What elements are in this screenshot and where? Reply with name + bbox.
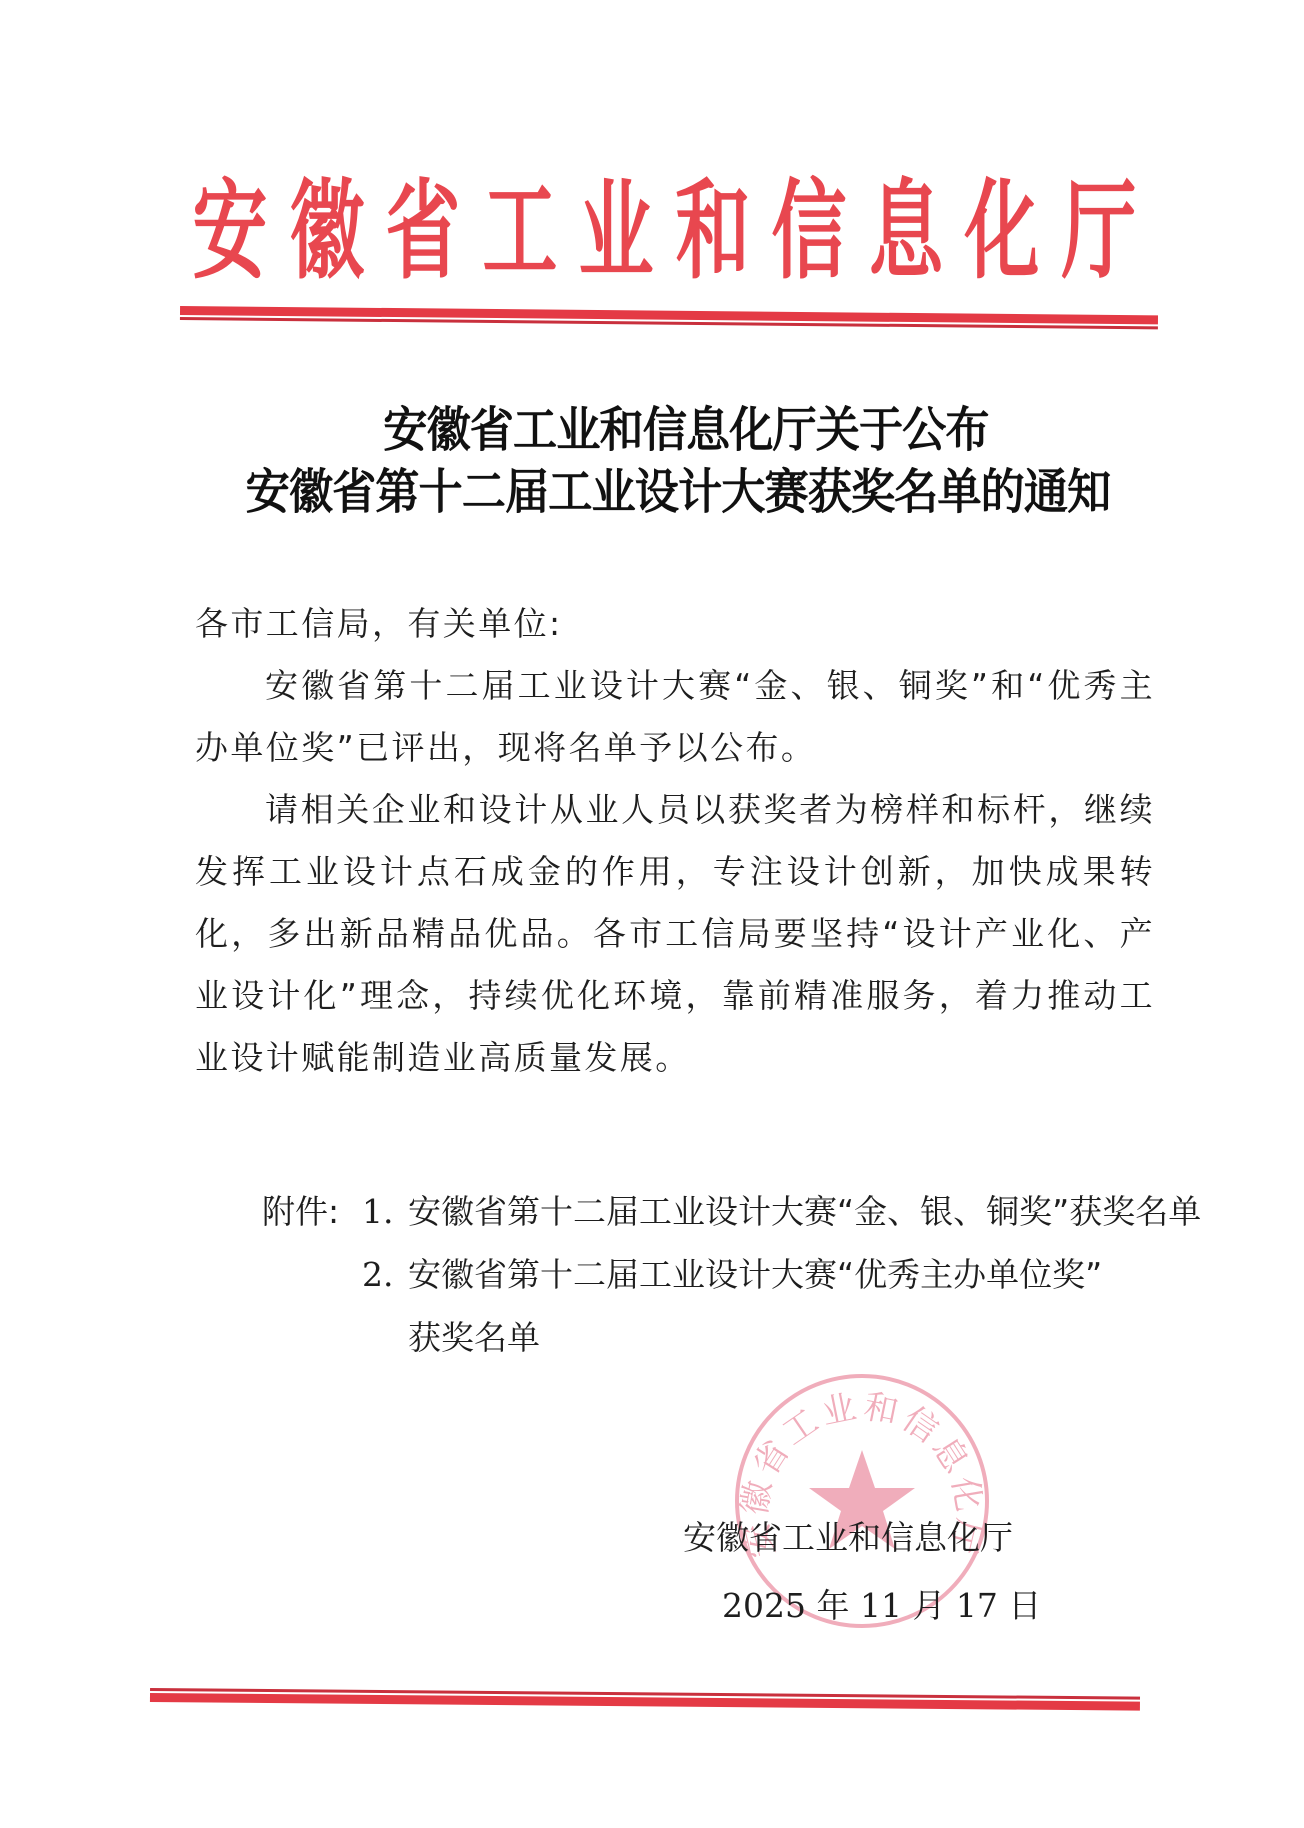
top-red-rule [180, 306, 1158, 329]
attachment-number: 2. [362, 1243, 408, 1306]
masthead-char: 息 [868, 177, 935, 285]
attachment-item-2: 2. 安徽省第十二届工业设计大赛“优秀主办单位奖” [262, 1243, 1201, 1306]
masthead-char: 省 [386, 177, 453, 285]
masthead-char: 工 [482, 177, 549, 285]
paragraph-2: 请相关企业和设计从业人员以获奖者为榜样和标杆，继续发挥工业设计点石成金的作用，专… [195, 779, 1155, 1089]
title-line-2: 安徽省第十二届工业设计大赛获奖名单的通知 [78, 462, 1278, 522]
signature-date: 2025 年 11 月 17 日 [722, 1580, 1041, 1627]
masthead-char: 安 [192, 177, 259, 285]
paragraph-1: 安徽省第十二届工业设计大赛“金、银、铜奖”和“优秀主办单位奖”已评出，现将名单予… [195, 655, 1155, 779]
title-line-1: 安徽省工业和信息化厅关于公布 [86, 400, 1286, 460]
masthead: 安 徽 省 工 业 和 信 息 化 厅 [183, 168, 1138, 293]
document-title: 安徽省工业和信息化厅关于公布 安徽省第十二届工业设计大赛获奖名单的通知 [0, 400, 1304, 522]
masthead-char: 徽 [289, 177, 356, 285]
attachment-title: 安徽省第十二届工业设计大赛“优秀主办单位奖” [408, 1243, 1102, 1306]
attachments: 附件: 1. 安徽省第十二届工业设计大赛“金、银、铜奖”获奖名单 2. 安徽省第… [262, 1180, 1201, 1369]
signature-org: 安徽省工业和信息化厅 [683, 1512, 1013, 1559]
document-body: 各市工信局，有关单位: 安徽省第十二届工业设计大赛“金、银、铜奖”和“优秀主办单… [195, 593, 1155, 1089]
masthead-char: 厅 [1061, 177, 1128, 285]
masthead-char: 业 [579, 177, 646, 285]
bottom-red-rule [150, 1688, 1140, 1711]
masthead-char: 和 [675, 177, 742, 285]
attachment-title-cont: 获奖名单 [408, 1306, 540, 1369]
attachment-title: 安徽省第十二届工业设计大赛“金、银、铜奖”获奖名单 [408, 1180, 1201, 1243]
attachment-item-1: 附件: 1. 安徽省第十二届工业设计大赛“金、银、铜奖”获奖名单 [262, 1180, 1201, 1243]
masthead-char: 信 [772, 177, 839, 285]
masthead-char: 化 [965, 177, 1032, 285]
attachment-item-2-cont: 获奖名单 [262, 1306, 1201, 1369]
salutation: 各市工信局，有关单位: [195, 593, 1155, 655]
attachments-label: 附件: [262, 1180, 362, 1243]
attachment-number: 1. [362, 1180, 408, 1243]
